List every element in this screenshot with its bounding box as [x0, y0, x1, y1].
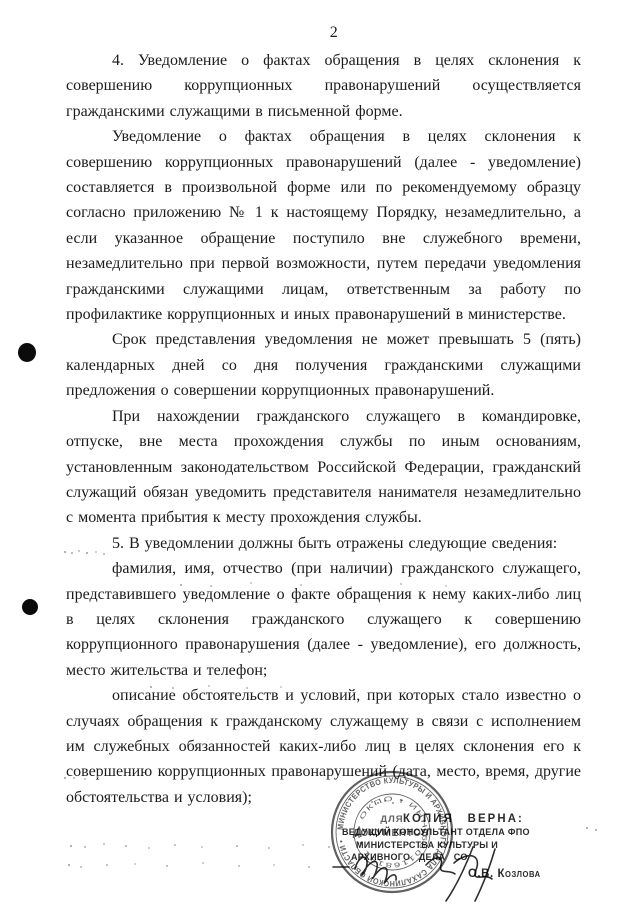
- paragraph: 5. В уведомлении должны быть отражены сл…: [66, 531, 581, 556]
- paragraph: 4. Уведомление о фактах обращения в целя…: [66, 48, 581, 124]
- scan-speckle: [64, 551, 66, 553]
- paragraph: Срок представления уведомления не может …: [66, 327, 581, 403]
- seal-center-text-dlya: ДЛЯ: [380, 814, 403, 825]
- scan-speckle: [586, 827, 588, 829]
- paragraph: Уведомление о фактах обращения в целях с…: [66, 124, 581, 327]
- document-body: 4. Уведомление о фактах обращения в целя…: [66, 48, 581, 810]
- scan-speckle: [70, 845, 72, 847]
- scan-speckle: [64, 777, 66, 779]
- certifier-title-line: ВЕДУЩИЙ КОНСУЛЬТАНТ ОТДЕЛА ФПО: [342, 827, 530, 838]
- page-number: 2: [0, 24, 640, 42]
- hole-punch-mark: [18, 343, 36, 362]
- paragraph: фамилия, имя, отчество (при наличии) гра…: [66, 556, 581, 683]
- paragraph: При нахождении гражданского служащего в …: [66, 404, 581, 531]
- scanned-document-page: 2 4. Уведомление о фактах обращения в це…: [0, 0, 640, 905]
- handwritten-signature: [325, 845, 525, 905]
- copy-certified-stamp-line: КОПИЯ ВЕРНА:: [403, 811, 524, 825]
- signature-graphic: [325, 845, 525, 905]
- scan-speckle: [180, 584, 182, 586]
- scan-speckle: [150, 686, 152, 688]
- scan-speckle: [68, 864, 70, 866]
- hole-punch-mark: [22, 599, 38, 615]
